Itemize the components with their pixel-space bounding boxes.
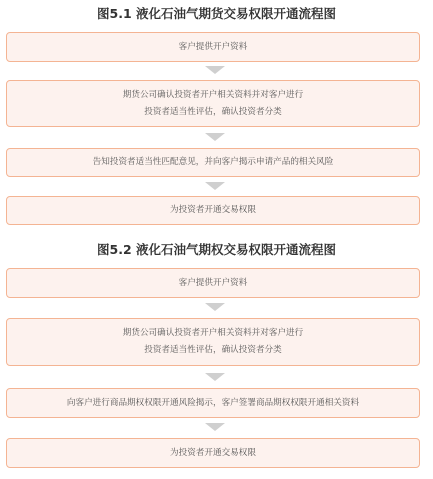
flow-step-box: 为投资者开通交易权限 bbox=[6, 438, 420, 468]
flow-step-box: 客户提供开户资料 bbox=[6, 268, 420, 298]
arrow-down-icon bbox=[205, 182, 225, 190]
arrow-down-icon bbox=[205, 423, 225, 431]
flow-step-text: 投资者适当性评估，确认投资者分类 bbox=[144, 104, 282, 121]
flow-step-box: 期货公司确认投资者开户相关资料并对客户进行 投资者适当性评估，确认投资者分类 bbox=[6, 80, 420, 127]
flow-step-text: 期货公司确认投资者开户相关资料并对客户进行 bbox=[123, 325, 303, 342]
flow-step-box: 期货公司确认投资者开户相关资料并对客户进行 投资者适当性评估，确认投资者分类 bbox=[6, 318, 420, 366]
flow-step-text: 客户提供开户资料 bbox=[179, 275, 248, 292]
flow-step-text: 投资者适当性评估，确认投资者分类 bbox=[144, 342, 282, 359]
flow-step-text: 客户提供开户资料 bbox=[179, 39, 248, 56]
flow-step-text: 向客户进行商品期权权限开通风险揭示，客户签署商品期权权限开通相关资料 bbox=[67, 395, 359, 412]
arrow-down-icon bbox=[205, 133, 225, 141]
flow-step-box: 客户提供开户资料 bbox=[6, 32, 420, 62]
flow-step-box: 向客户进行商品期权权限开通风险揭示，客户签署商品期权权限开通相关资料 bbox=[6, 388, 420, 418]
arrow-down-icon bbox=[205, 303, 225, 311]
flow-step-text: 期货公司确认投资者开户相关资料并对客户进行 bbox=[123, 87, 303, 104]
flow-step-text: 为投资者开通交易权限 bbox=[170, 445, 256, 462]
flow-step-box: 为投资者开通交易权限 bbox=[6, 196, 420, 225]
diagram-title-5-1: 图5.1 液化石油气期货交易权限开通流程图 bbox=[0, 6, 433, 22]
arrow-down-icon bbox=[205, 66, 225, 74]
flow-step-text: 告知投资者适当性匹配意见，并向客户揭示申请产品的相关风险 bbox=[93, 154, 334, 171]
diagram-title-5-2: 图5.2 液化石油气期权交易权限开通流程图 bbox=[0, 242, 433, 258]
flow-step-text: 为投资者开通交易权限 bbox=[170, 202, 256, 219]
flow-step-box: 告知投资者适当性匹配意见，并向客户揭示申请产品的相关风险 bbox=[6, 148, 420, 177]
arrow-down-icon bbox=[205, 373, 225, 381]
